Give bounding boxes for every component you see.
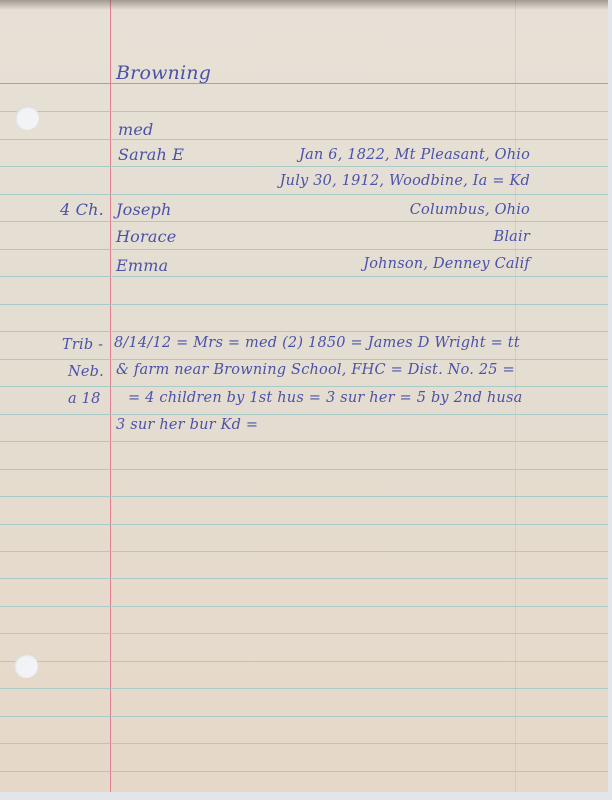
note-line: = 4 children by 1st hus = 3 sur her = 5 …: [128, 390, 522, 406]
spouse-death: July 30, 1912, Woodbine, Ia = Kd: [280, 173, 530, 189]
punch-hole: [15, 106, 39, 130]
child-residence: Johnson, Denney Calif: [363, 256, 530, 272]
ruled-line: [0, 578, 608, 579]
ruled-line: [0, 304, 608, 305]
notebook-page: Browning med Sarah E Jan 6, 1822, Mt Ple…: [0, 0, 608, 792]
note-margin-label: Trib -: [62, 337, 103, 353]
note-margin-label: Neb.: [68, 364, 104, 380]
ruled-line: [0, 606, 608, 607]
child-name: Emma: [116, 256, 168, 275]
ruled-line: [0, 276, 608, 277]
top-red-rule: [0, 83, 608, 84]
ruled-line: [0, 386, 608, 387]
child-name: Horace: [116, 227, 176, 246]
surname-heading: Browning: [116, 62, 211, 84]
child-residence: Blair: [493, 229, 530, 245]
ruled-line: [0, 469, 608, 470]
ruled-line: [0, 661, 608, 662]
ruled-line: [0, 111, 608, 112]
note-line: 8/14/12 = Mrs = med (2) 1850 = James D W…: [114, 335, 520, 351]
ruled-line: [0, 166, 608, 167]
ruled-line: [0, 359, 608, 360]
child-name: Joseph: [116, 200, 171, 219]
note-line: 3 sur her bur Kd =: [116, 417, 258, 433]
married-label: med: [118, 120, 153, 139]
ruled-line: [0, 331, 608, 332]
ruled-line: [0, 771, 608, 772]
punch-hole: [14, 654, 38, 678]
ruled-line: [0, 414, 608, 415]
note-line: & farm near Browning School, FHC = Dist.…: [116, 362, 515, 378]
ruled-line: [0, 524, 608, 525]
spouse-birth: Jan 6, 1822, Mt Pleasant, Ohio: [299, 147, 530, 163]
ruled-line: [0, 688, 608, 689]
ruled-line: [0, 496, 608, 497]
ruled-line: [0, 716, 608, 717]
ruled-line: [0, 139, 608, 140]
ruled-line: [0, 249, 608, 250]
left-margin-line: [110, 0, 111, 792]
children-count-label: 4 Ch.: [60, 200, 104, 219]
spouse-name: Sarah E: [118, 145, 184, 164]
note-margin-label: a 18: [68, 391, 101, 407]
child-residence: Columbus, Ohio: [410, 202, 530, 218]
ruled-line: [0, 633, 608, 634]
ruled-line: [0, 743, 608, 744]
ruled-line: [0, 194, 608, 195]
ruled-line: [0, 221, 608, 222]
ruled-line: [0, 551, 608, 552]
ruled-line: [0, 441, 608, 442]
